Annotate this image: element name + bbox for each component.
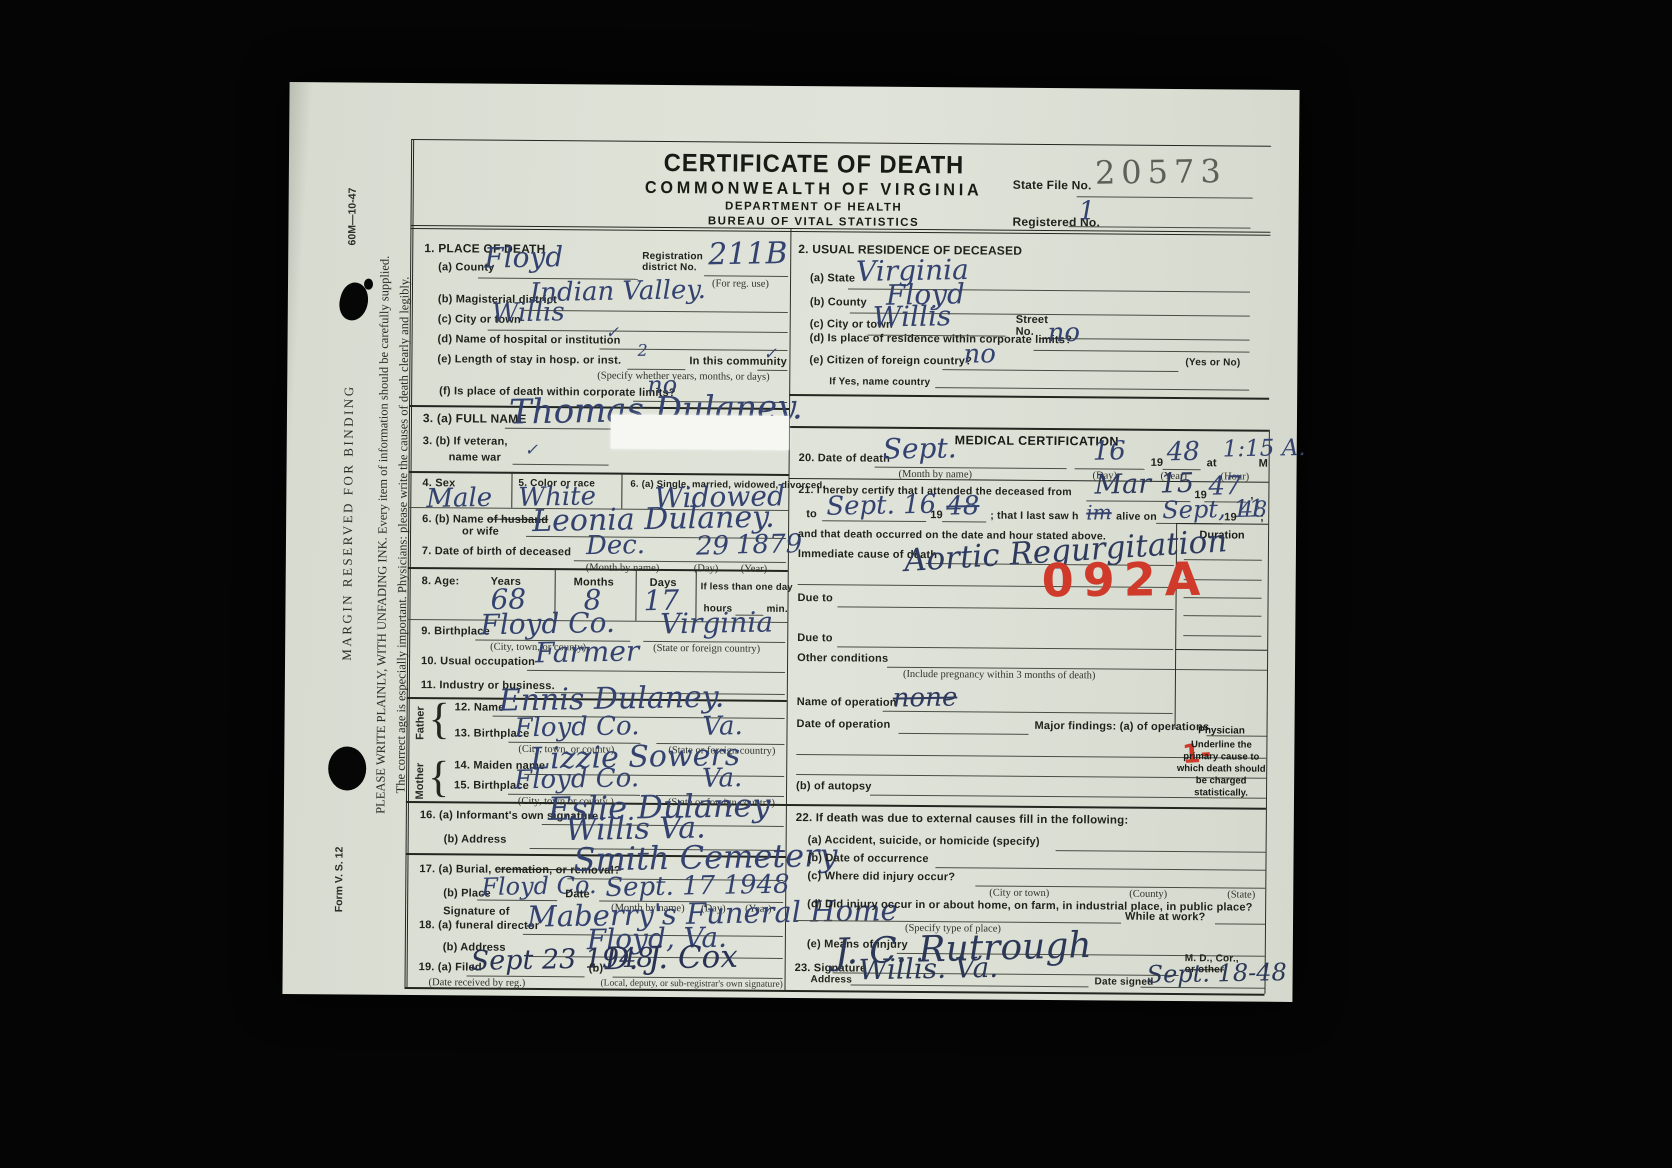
funeral-director-label: 18. (a) funeral director <box>419 919 539 932</box>
commonwealth-subtitle: COMMONWEALTH OF VIRGINIA <box>628 178 999 201</box>
hospital-label: (d) Name of hospital or institution <box>438 333 621 346</box>
father-state-value: Va. <box>702 713 743 740</box>
dod-day-value: 16 <box>1092 438 1126 465</box>
attended-from-value: Mar 15 <box>1094 470 1194 499</box>
ink-speck <box>364 279 373 290</box>
registrar-hint: (Local, deputy, or sub-registrar's own s… <box>600 979 782 990</box>
res-county-label: (b) County <box>810 296 867 308</box>
res-corp-label: (d) Is place of residence within corpora… <box>810 332 1073 346</box>
year-19-prefix: 19 <box>1151 457 1164 469</box>
father-name-label: 12. Name <box>455 701 505 713</box>
veteran-checkmark: ✓ <box>525 442 539 458</box>
citizen-label: (e) Citizen of foreign country? <box>809 354 972 367</box>
due-to-label-2: Due to <box>797 632 833 644</box>
section-divider <box>786 804 1266 810</box>
cell-divider <box>635 569 636 621</box>
accident-label: (a) Accident, suicide, or homicide (spec… <box>808 834 1040 848</box>
hospital-checkmark: ✓ <box>605 324 619 340</box>
veteran-label: 3. (b) If veteran, <box>423 435 508 448</box>
physician-signature-value: J. C. Rutrough <box>834 928 1092 971</box>
filed-hint: (Date received by reg.) <box>428 977 525 989</box>
cell-divider <box>511 472 512 508</box>
dob-day-value: 29 <box>696 533 730 560</box>
attended-to-line <box>822 520 926 522</box>
form-line: 6. (b) Name <box>422 513 484 525</box>
res-state-label: (a) State <box>810 272 855 284</box>
mother-brace: { <box>428 751 450 802</box>
punch-hole-bottom <box>328 746 366 790</box>
operation-value: none <box>893 684 958 711</box>
form-code: Form V. S. 12 <box>333 847 346 913</box>
occupation-value: Farmer <box>535 637 640 667</box>
dob-year-value: 1879 <box>736 531 803 558</box>
stay-value: 2 <box>637 343 647 359</box>
filed-b-label: (b) <box>589 962 604 974</box>
state-file-number-stamp: 20573 <box>1095 152 1227 192</box>
community-checkmark: ✓ <box>763 346 777 362</box>
to-year-value: 48 <box>946 493 980 520</box>
operation-label: Name of operation <box>797 696 897 709</box>
hospital-line <box>600 348 788 350</box>
while-at-work-line <box>1215 923 1265 924</box>
injury-where-label: (c) Where did injury occur? <box>807 870 955 883</box>
state-file-line <box>1077 196 1253 198</box>
funeral-sig-of-label: Signature of <box>443 905 510 918</box>
section-divider <box>789 394 1269 400</box>
citizen-line <box>942 369 1178 372</box>
father-birthplace-value: Floyd Co. <box>514 713 639 741</box>
name-war-line <box>513 464 609 466</box>
injury-city-hint: (City or town) <box>989 888 1049 899</box>
at-label: at <box>1207 457 1217 469</box>
date-signed-value: Sept. 18-48 <box>1146 960 1287 987</box>
father-brace: { <box>428 693 450 744</box>
stay-label: (e) Length of stay in hosp. or inst. <box>437 353 621 366</box>
age-label: 8. Age: <box>422 575 460 587</box>
res-corp-value: no <box>1047 320 1080 347</box>
operation-date-line <box>898 733 1028 735</box>
yes-or-no-hint: (Yes or No) <box>1185 357 1240 368</box>
redaction-box <box>611 415 789 450</box>
name-war-label: name war <box>449 451 501 463</box>
sig-address-line <box>851 984 1089 987</box>
reg-district-label-1: Registration <box>642 251 703 262</box>
occupation-label: 10. Usual occupation <box>421 655 535 668</box>
community-line <box>757 370 787 371</box>
less-than-one-day-label: If less than one day <box>701 581 793 593</box>
occurrence-date-label: (b) Date of occurrence <box>807 852 928 865</box>
physician-note: Underline the primary cause to which dea… <box>1176 739 1266 799</box>
mother-label: Mother <box>414 763 426 800</box>
street-label: Street <box>1016 314 1048 326</box>
res-city-value: Willis <box>873 302 952 331</box>
to-19-prefix: 19 <box>930 509 943 521</box>
sig-address-label: Address <box>811 974 853 985</box>
citizen-value: no <box>963 341 996 368</box>
registrar-signature-value: D. J. Cox <box>604 942 738 975</box>
pregnancy-hint: (Include pregnancy within 3 months of de… <box>903 669 1096 682</box>
city-line <box>488 330 788 333</box>
due-to-label-1: Due to <box>798 592 834 604</box>
external-causes-title: 22. If death was due to external causes … <box>796 812 1129 827</box>
autopsy-label: (b) of autopsy <box>796 780 872 793</box>
semicolon: ; <box>1260 512 1264 524</box>
if-yes-line <box>935 387 1249 390</box>
reg-district-value: 211B <box>708 239 788 270</box>
spouse-label: 6. (b) Name of husband <box>422 513 548 526</box>
or-wife-label: or wife <box>462 525 499 537</box>
reg-district-label-2: district No. <box>642 262 697 273</box>
last-saw-label: ; that I last saw h <box>990 510 1078 523</box>
write-plainly-note: PLEASE WRITE PLAINLY, WITH UNFADING INK.… <box>373 256 392 814</box>
while-at-work-label: While at work? <box>1125 911 1206 924</box>
m-label: M <box>1259 458 1268 470</box>
accident-line <box>1056 850 1266 853</box>
dod-month-value: Sept. <box>882 434 956 463</box>
him-scribble: im <box>1086 502 1112 522</box>
certificate-title: CERTIFICATE OF DEATH <box>629 149 1000 181</box>
binding-margin-note: MARGIN RESERVED FOR BINDING <box>339 384 357 660</box>
dod-year-value: 48 <box>1166 439 1200 466</box>
medical-box-top <box>789 426 1269 432</box>
county-value: Floyd <box>484 243 563 272</box>
dob-month-value: Dec. <box>586 532 646 559</box>
due-to-line-1 <box>837 606 1173 610</box>
section-divider <box>409 471 789 476</box>
to-label: to <box>806 508 817 520</box>
print-code: 60M—10-47 <box>346 188 358 246</box>
date-of-death-label: 20. Date of death <box>799 452 891 465</box>
form-top-border <box>411 139 1271 147</box>
operation-date-label: Date of operation <box>797 718 891 731</box>
city-value: Willis <box>492 299 565 326</box>
department-line: DEPARTMENT OF HEALTH <box>619 200 1009 215</box>
date-signed-line <box>1141 987 1265 989</box>
for-reg-use-hint: (For reg. use) <box>712 278 769 289</box>
occurrence-date-line <box>935 867 1265 871</box>
duration-box-divider <box>1175 649 1267 651</box>
due-to-line-2 <box>837 646 1173 650</box>
other-conditions-label: Other conditions <box>797 652 888 665</box>
cause-code-stamp: 092A <box>1041 552 1209 608</box>
scanned-death-certificate-page: { "margin": { "print_code": "60M—10-47",… <box>0 0 1672 1168</box>
row-line <box>788 478 1268 483</box>
stay-hint: (Specify whether years, months, or days) <box>597 370 769 382</box>
birth-state-hint: (State or foreign country) <box>653 643 760 655</box>
registered-no-value: 1 <box>1078 198 1095 224</box>
dob-label: 7. Date of birth of deceased <box>422 545 571 558</box>
certificate-paper: 60M—10-47 MARGIN RESERVED FOR BINDING PL… <box>282 82 1299 1002</box>
informant-addr-label: (b) Address <box>444 833 507 845</box>
injury-county-hint: (County) <box>1129 889 1167 900</box>
duration-line <box>1183 635 1261 637</box>
birth-state-value: Virginia <box>660 608 773 638</box>
father-label: Father <box>414 706 426 740</box>
to-year-line <box>942 521 986 522</box>
form-bottom-border <box>404 987 1264 996</box>
reg-district-line <box>704 275 788 277</box>
alive-on-label: alive on <box>1116 511 1157 523</box>
res-corp-line <box>1034 350 1250 353</box>
physician-label: Physician <box>1176 725 1266 737</box>
occupation-line <box>527 670 785 673</box>
duration-line <box>1183 615 1261 617</box>
saw-19-prefix: 19 <box>1224 511 1237 523</box>
if-yes-label: If Yes, name country <box>829 376 930 388</box>
state-file-label: State File No. <box>1013 178 1092 193</box>
injury-state-hint: (State) <box>1227 889 1255 900</box>
attended-to-value: Sept. 16 <box>826 492 936 520</box>
